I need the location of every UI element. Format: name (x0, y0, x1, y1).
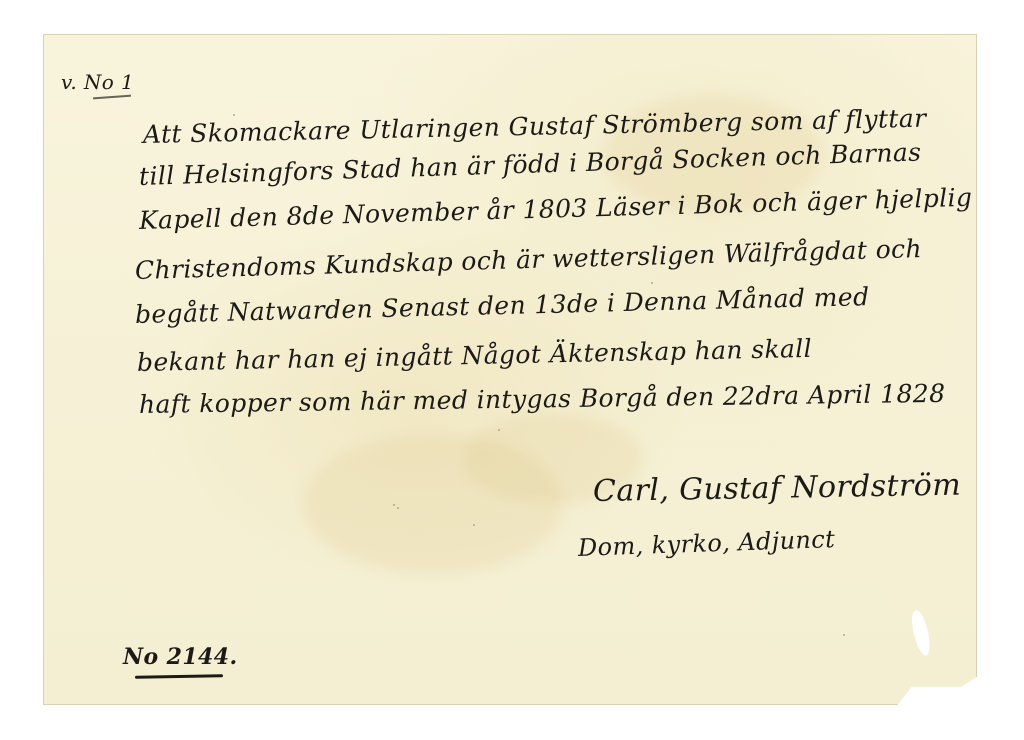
paper-sheet: v. No 1 Att Skomackare Utlaringen Gustaf… (43, 34, 977, 705)
ink-speck (473, 524, 475, 526)
ink-speck (498, 429, 500, 431)
body-line-3: Kapell den 8de November år 1803 Läser i … (139, 183, 973, 235)
signature-name: Carl, Gustaf Nordström (593, 468, 962, 509)
reference-underline (93, 95, 131, 100)
ink-speck (233, 114, 235, 116)
body-line-7: haft kopper som här med intygas Borgå de… (139, 379, 946, 419)
ink-speck (651, 282, 653, 284)
paper-hole (909, 609, 934, 657)
reference-mark: v. No 1 (61, 70, 134, 94)
body-line-6: bekant har han ej ingått Något Äktenskap… (137, 334, 813, 377)
document-number-underline (135, 674, 223, 679)
body-line-5: begått Natwarden Senast den 13de i Denna… (135, 282, 870, 329)
document-scan: v. No 1 Att Skomackare Utlaringen Gustaf… (0, 0, 1024, 740)
ink-speck (397, 507, 399, 509)
signature-title: Dom, kyrko, Adjunct (578, 525, 836, 562)
ink-speck (393, 504, 395, 506)
body-line-4: Christendoms Kundskap och är wetterslige… (135, 234, 923, 285)
ink-speck (843, 634, 845, 636)
document-number: No 2144. (123, 644, 238, 670)
